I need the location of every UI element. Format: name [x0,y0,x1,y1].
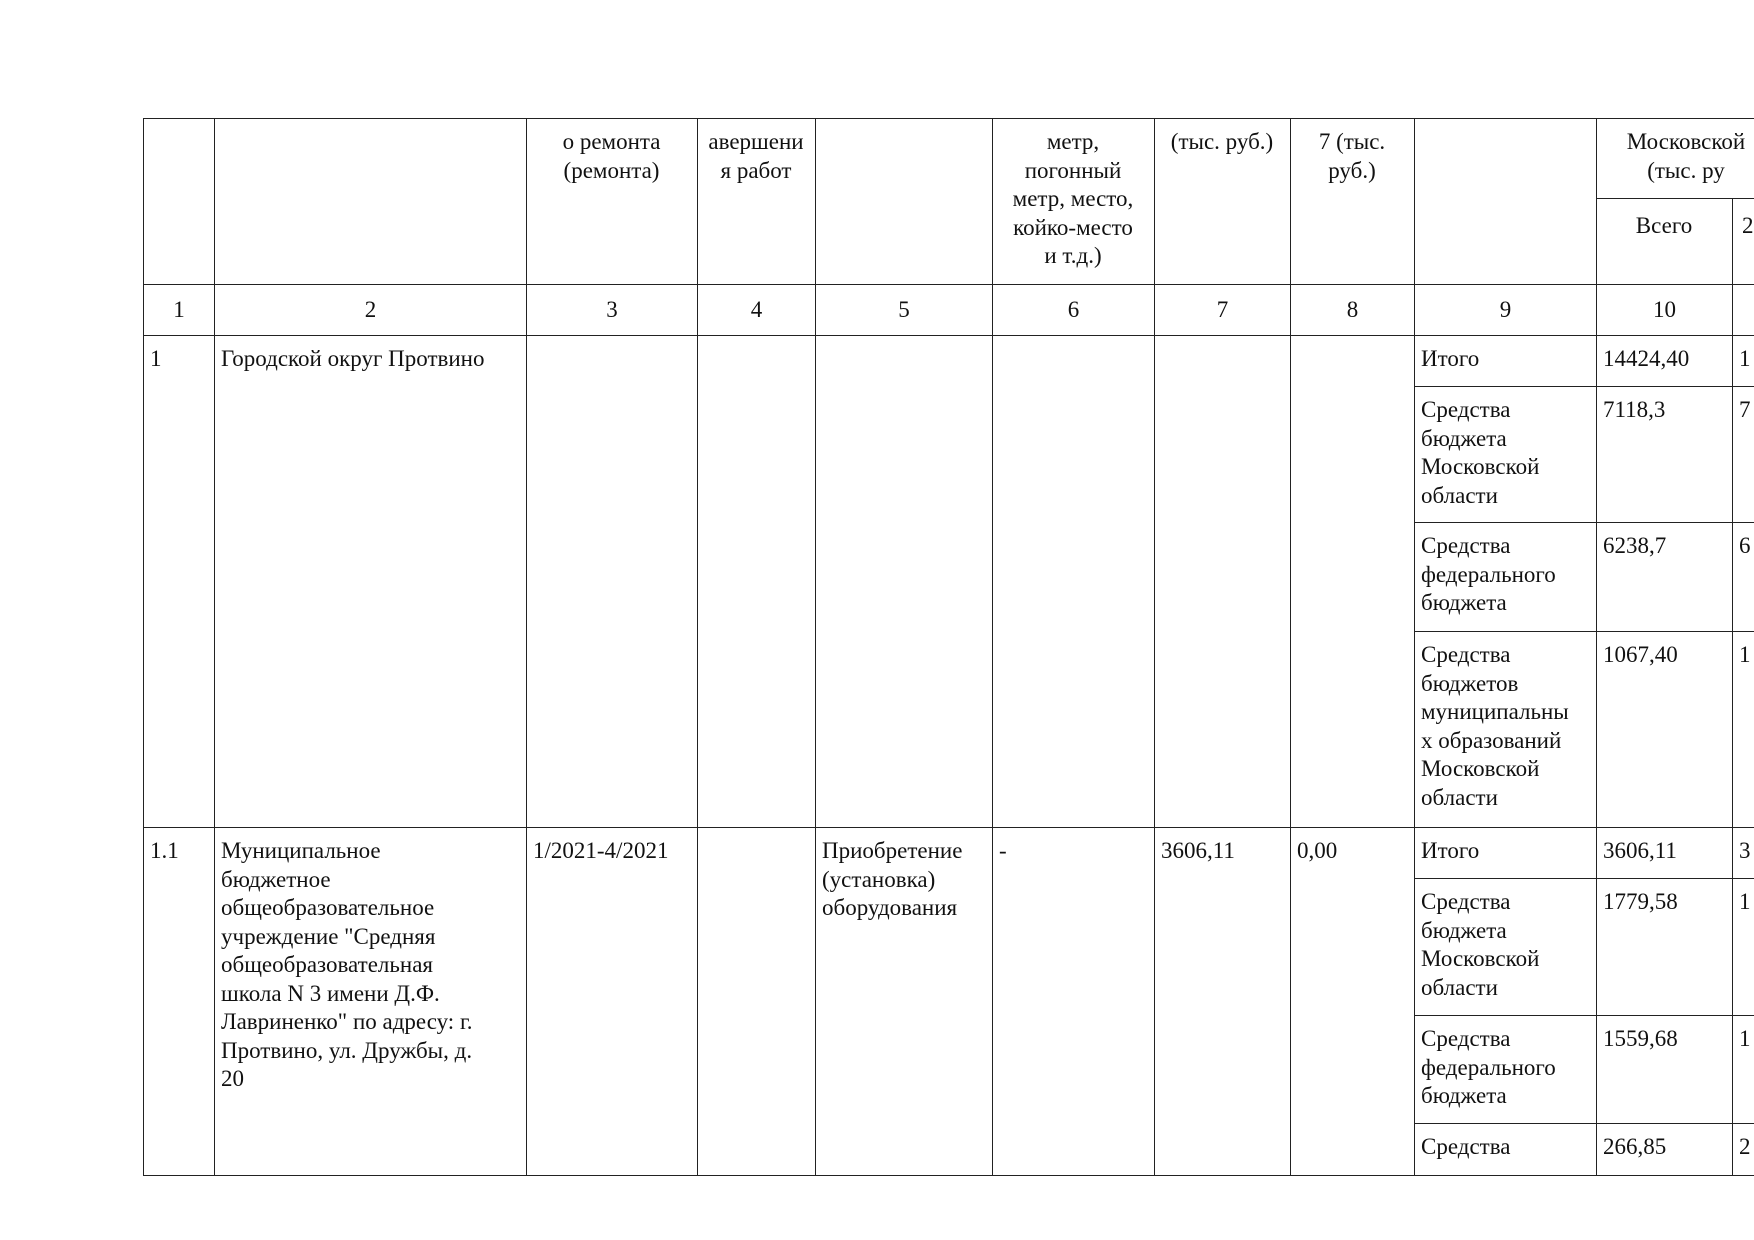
funding-next-value: 2 [1732,1123,1754,1175]
column-number: 6 [992,284,1154,335]
table-row-period [526,335,697,827]
header-col11-sub: 2 [1732,198,1754,284]
column-number: 10 [1596,284,1732,335]
funding-next-value: 1 [1732,631,1754,827]
table-row-col8 [1290,335,1414,827]
table-row-capacity [992,335,1154,827]
table-row-work-type [815,335,992,827]
header-col6: метр, погонный метр, место, койко-место … [992,118,1154,284]
table-row-capacity: - [992,827,1154,1175]
header-col3: о ремонта (ремонта) [526,118,697,284]
table-row-completion [697,827,815,1175]
table-row-col8: 0,00 [1290,827,1414,1175]
funding-next-value: 6 [1732,522,1754,631]
funding-source-label: Итого [1414,827,1596,878]
funding-total-value: 266,85 [1596,1123,1732,1175]
table-row-num: 1 [143,335,214,827]
header-col8: 7 (тыс. руб.) [1290,118,1414,284]
table-row-cost: 3606,11 [1154,827,1290,1175]
funding-next-value: 7 [1732,386,1754,522]
header-col10-sub: Всего [1596,198,1732,284]
table-row-cost [1154,335,1290,827]
table-rule [143,1175,1754,1176]
funding-next-value: 1 [1732,878,1754,1015]
funding-source-label: Средства бюджетов муниципальны х образов… [1414,631,1596,827]
column-number: 9 [1414,284,1596,335]
funding-next-value: 3 [1732,827,1754,878]
document-page: о ремонта (ремонта) авершени я работ мет… [0,0,1754,1240]
column-number: 4 [697,284,815,335]
table-row-num: 1.1 [143,827,214,1175]
column-number: 2 [214,284,526,335]
table-row-period: 1/2021-4/2021 [526,827,697,1175]
funding-total-value: 1559,68 [1596,1015,1732,1123]
funding-total-value: 14424,40 [1596,335,1732,386]
funding-total-value: 1067,40 [1596,631,1732,827]
funding-total-value: 6238,7 [1596,522,1732,631]
funding-next-value: 1 [1732,335,1754,386]
funding-source-label: Средства федерального бюджета [1414,522,1596,631]
table-rule [143,118,1754,119]
funding-next-value: 1 [1732,1015,1754,1123]
funding-source-label: Средства бюджета Московской области [1414,878,1596,1015]
table-row-work-type: Приобретение (установка) оборудования [815,827,992,1175]
column-number: 8 [1290,284,1414,335]
table-row-completion [697,335,815,827]
funding-source-label: Средства федерального бюджета [1414,1015,1596,1123]
table-row-name: Муниципальное бюджетное общеобразователь… [214,827,526,1175]
funding-source-label: Средства бюджета Московской области [1414,386,1596,522]
column-number: 5 [815,284,992,335]
table-row-name: Городской округ Протвино [214,335,526,827]
column-number: 1 [143,284,214,335]
header-col7: (тыс. руб.) [1154,118,1290,284]
funding-total-value: 7118,3 [1596,386,1732,522]
column-number: 7 [1154,284,1290,335]
funding-total-value: 1779,58 [1596,878,1732,1015]
column-number: 1 [1732,284,1754,335]
funding-total-value: 3606,11 [1596,827,1732,878]
header-col10-group: Московской (тыс. ру [1596,118,1754,198]
column-number: 3 [526,284,697,335]
funding-source-label: Средства [1414,1123,1596,1175]
funding-source-label: Итого [1414,335,1596,386]
header-col4: авершени я работ [697,118,815,284]
